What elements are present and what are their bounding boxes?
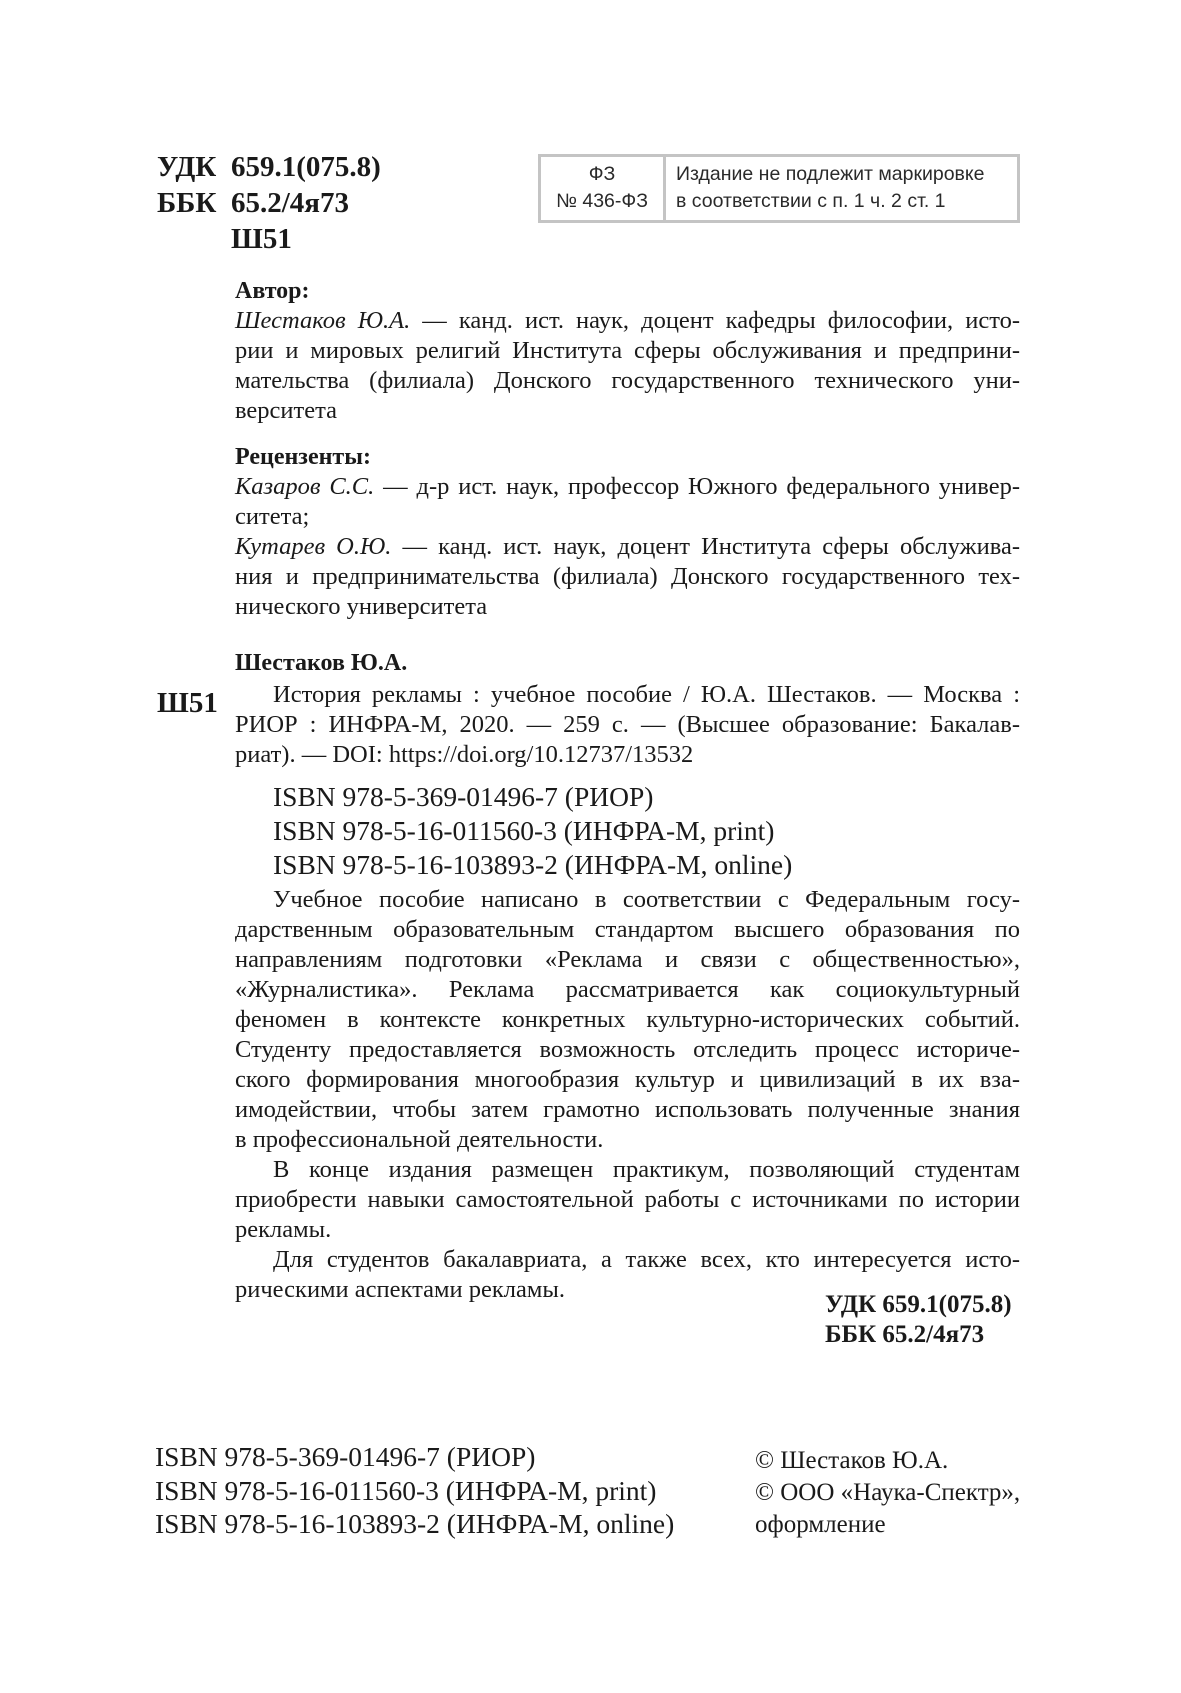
reviewer-name: Кутарев О.Ю. — [235, 533, 391, 560]
law-box-notice: Издание не подлежит маркировке в соответ… — [666, 157, 1017, 220]
isbn-infra-online: ISBN 978-5-16-103893-2 (ИНФРА-М, online) — [273, 848, 792, 882]
law-box-notice-line1: Издание не подлежит маркировке — [676, 161, 1017, 188]
annotation-line: Студенту предоставляется возможность отс… — [235, 1035, 1020, 1065]
reviewer-line: ния и предпринимательства (филиала) Донс… — [235, 562, 1020, 592]
author-heading: Автор: — [235, 276, 1020, 306]
reviewer-line: ситета; — [235, 502, 1020, 532]
reviewer-line: нического университета — [235, 592, 1020, 622]
law-box-notice-line2: в соответствии с п. 1 ч. 2 ст. 1 — [676, 188, 1017, 215]
law-box-law-ref: ФЗ № 436-ФЗ — [541, 157, 666, 220]
annotation-line: феномен в контексте конкретных культурно… — [235, 1005, 1020, 1035]
copyright-design: оформление — [755, 1509, 1020, 1541]
isbn-rior: ISBN 978-5-369-01496-7 (РИОР) — [273, 780, 792, 814]
annotation-line: рекламы. — [235, 1215, 1020, 1245]
bib-line: риат). — DOI: https://doi.org/10.12737/1… — [235, 740, 1020, 770]
law-box-law-number: № 436-ФЗ — [541, 188, 663, 215]
reviewer-line: Кутарев О.Ю. — канд. ист. наук, доцент И… — [235, 532, 1020, 562]
author-line: Шестаков Ю.А. — канд. ист. наук, доцент … — [235, 306, 1020, 336]
author-mark: Ш51 — [231, 222, 292, 257]
reviewers-heading: Рецензенты: — [235, 442, 1020, 472]
copyright-block: © Шестаков Ю.А. © ООО «Наука-Спектр», оф… — [755, 1445, 1020, 1541]
bib-description: История рекламы : учебное пособие / Ю.А.… — [235, 680, 1020, 770]
bib-isbn-list: ISBN 978-5-369-01496-7 (РИОР) ISBN 978-5… — [273, 780, 792, 882]
author-line: рии и мировых религий Института сферы об… — [235, 336, 1020, 366]
annotation-line: имодействии, чтобы затем грамотно исполь… — [235, 1095, 1020, 1125]
udk-line: УДК659.1(075.8) — [157, 150, 381, 185]
footer-isbn: ISBN 978-5-16-103893-2 (ИНФРА-М, online) — [155, 1507, 674, 1541]
bbk-line: ББК65.2/4я73 — [157, 186, 349, 221]
footer-isbn: ISBN 978-5-16-011560-3 (ИНФРА-М, print) — [155, 1474, 674, 1508]
law-box-law-title: ФЗ — [541, 161, 663, 188]
reviewer-name: Казаров С.С. — [235, 473, 374, 500]
bbk-footer: ББК 65.2/4я73 — [825, 1320, 1012, 1350]
udk-value: 659.1(075.8) — [231, 151, 381, 183]
law-marking-box: ФЗ № 436-ФЗ Издание не подлежит маркиров… — [538, 154, 1020, 223]
annotation: Учебное пособие написано в соответствии … — [235, 885, 1020, 1305]
author-name: Шестаков Ю.А. — [235, 307, 410, 334]
reviewer-line: Казаров С.С. — д-р ист. наук, профессор … — [235, 472, 1020, 502]
annotation-line: дарственным образовательным стандартом в… — [235, 915, 1020, 945]
bib-author-mark: Ш51 — [157, 686, 218, 721]
bib-line: История рекламы : учебное пособие / Ю.А.… — [235, 680, 1020, 710]
bib-line: РИОР : ИНФРА-М, 2020. — 259 с. — (Высшее… — [235, 710, 1020, 740]
bbk-label: ББК — [157, 186, 231, 221]
udk-footer: УДК 659.1(075.8) — [825, 1290, 1012, 1320]
bbk-value: 65.2/4я73 — [231, 187, 349, 219]
annotation-line: Учебное пособие написано в соответствии … — [235, 885, 1020, 915]
bib-author-heading: Шестаков Ю.А. — [235, 648, 407, 678]
annotation-line: «Журналистика». Реклама рассматривается … — [235, 975, 1020, 1005]
author-section: Автор: Шестаков Ю.А. — канд. ист. наук, … — [235, 276, 1020, 426]
copyright-publisher: © ООО «Наука-Спектр», — [755, 1477, 1020, 1509]
annotation-line: Для студентов бакалавриата, а также всех… — [235, 1245, 1020, 1275]
reviewers-section: Рецензенты: Казаров С.С. — д-р ист. наук… — [235, 442, 1020, 622]
author-line: мательства (филиала) Донского государств… — [235, 366, 1020, 396]
isbn-infra-print: ISBN 978-5-16-011560-3 (ИНФРА-М, print) — [273, 814, 792, 848]
annotation-line: направлениям подготовки «Реклама и связи… — [235, 945, 1020, 975]
classification-footer: УДК 659.1(075.8) ББК 65.2/4я73 — [825, 1290, 1012, 1350]
annotation-line: ского формирования многообразия культур … — [235, 1065, 1020, 1095]
annotation-line: в профессиональной деятельности. — [235, 1125, 1020, 1155]
author-line: верситета — [235, 396, 1020, 426]
footer-isbn: ISBN 978-5-369-01496-7 (РИОР) — [155, 1440, 674, 1474]
footer-isbn-list: ISBN 978-5-369-01496-7 (РИОР) ISBN 978-5… — [155, 1440, 674, 1541]
annotation-line: приобрести навыки самостоятельной работы… — [235, 1185, 1020, 1215]
copyright-author: © Шестаков Ю.А. — [755, 1445, 1020, 1477]
udk-label: УДК — [157, 150, 231, 185]
annotation-line: В конце издания размещен практикум, позв… — [235, 1155, 1020, 1185]
